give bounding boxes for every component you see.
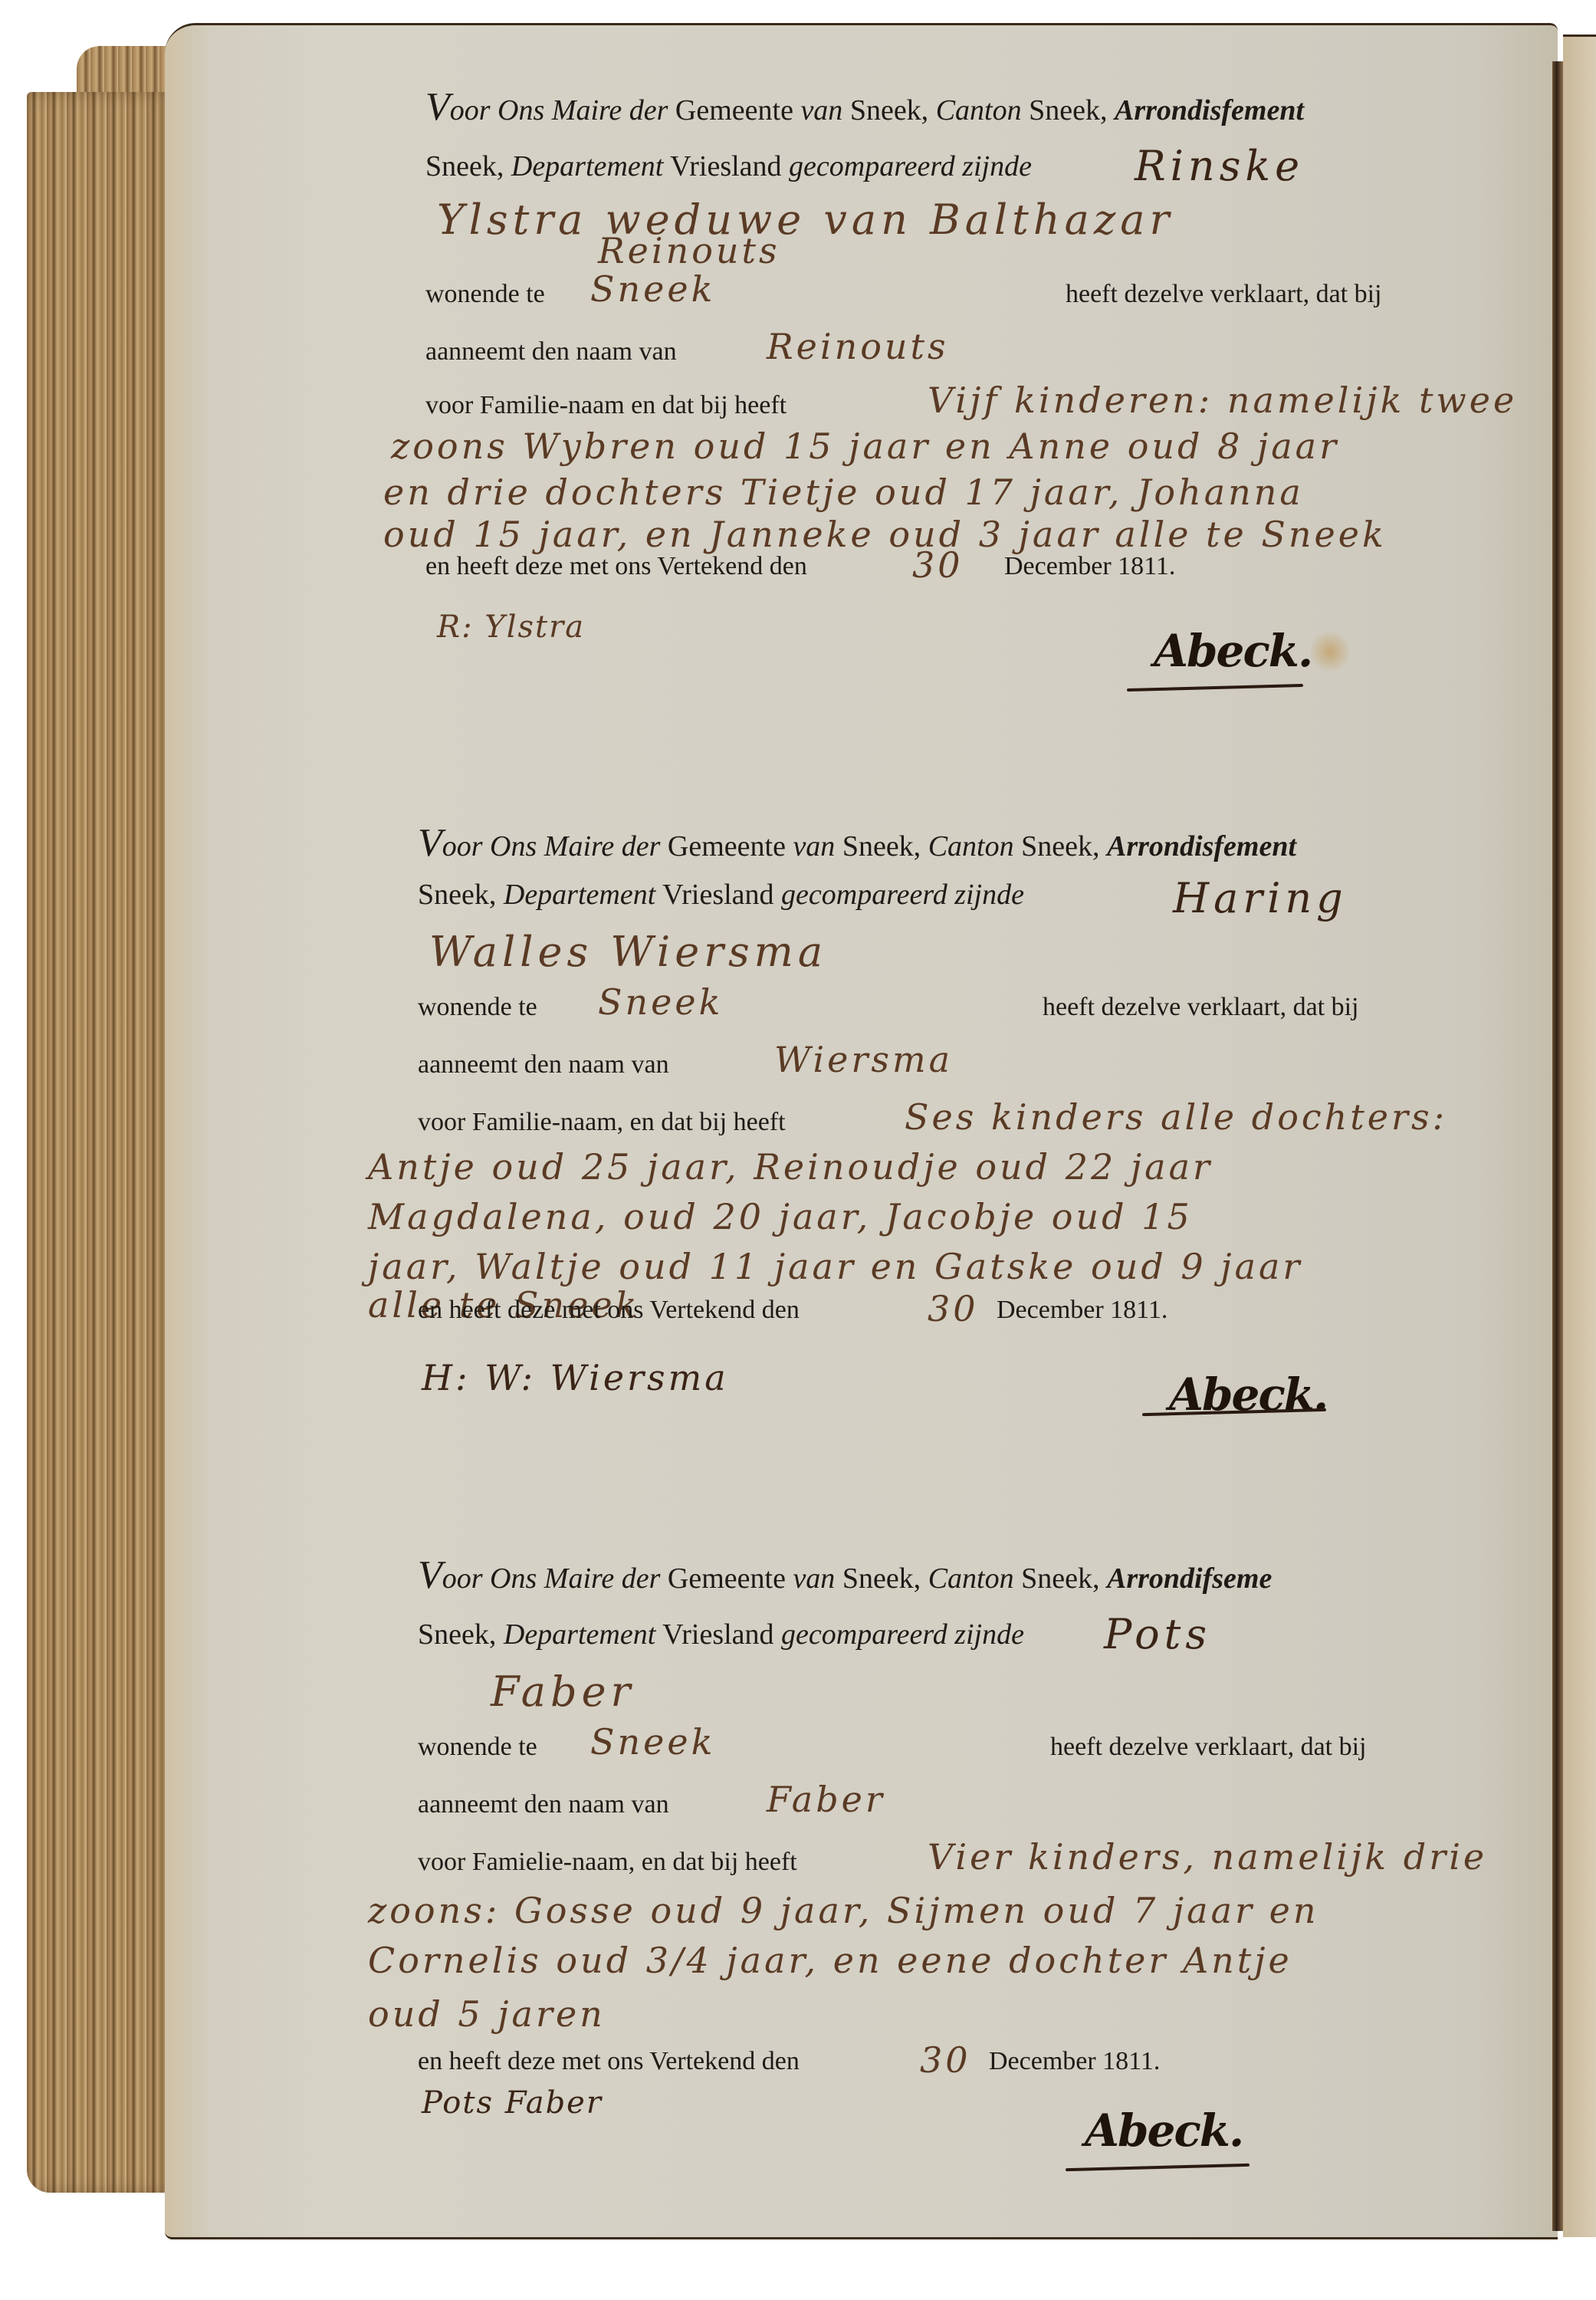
printed-line-1: Voor Ons Maire der Gemeente van Sneek, C… bbox=[418, 1552, 1272, 1598]
foxing-stain bbox=[1311, 629, 1349, 675]
printed-line-1: Voor Ons Maire der Gemeente van Sneek, C… bbox=[425, 84, 1304, 130]
handwritten-adopted-name: Reinouts bbox=[767, 326, 949, 367]
handwritten-children-1: Ses kinders alle dochters: bbox=[905, 1096, 1447, 1138]
handwritten-day: 30 bbox=[920, 2039, 971, 2081]
handwritten-name-line-1: Pots bbox=[1104, 1610, 1211, 1658]
printed-line-3a: wonende te bbox=[425, 280, 545, 309]
printed-line-6a: en heeft deze met ons Vertekend den bbox=[425, 552, 807, 581]
handwritten-name-line-1: Rinske bbox=[1135, 142, 1304, 190]
handwritten-name-line-3: Reinouts bbox=[598, 230, 780, 271]
printed-line-3b: heeft dezelve verklaart, dat bij bbox=[1050, 1733, 1367, 1762]
handwritten-residence: Sneek bbox=[590, 1721, 715, 1763]
book-gutter bbox=[1552, 61, 1563, 2231]
printed-line-5: voor Famielie-naam, en dat bij heeft bbox=[418, 1848, 797, 1877]
printed-line-3a: wonende te bbox=[418, 1733, 537, 1762]
declarant-signature: R: Ylstra bbox=[437, 609, 585, 645]
handwritten-name-line-2: Ylstra weduwe van Balthazar bbox=[437, 195, 1174, 244]
handwritten-children-4: oud 5 jaren bbox=[368, 1993, 606, 2035]
handwritten-children-1: Vier kinders, namelijk drie bbox=[928, 1836, 1487, 1878]
handwritten-children-1: Vijf kinderen: namelijk twee bbox=[928, 379, 1517, 421]
printed-line-4: aanneemt den naam van bbox=[425, 337, 677, 366]
handwritten-residence: Sneek bbox=[590, 268, 715, 310]
handwritten-name-line-1: Haring bbox=[1173, 874, 1348, 922]
printed-line-3b: heeft dezelve verklaart, dat bij bbox=[1066, 280, 1382, 309]
page-block-edges bbox=[27, 92, 172, 2193]
handwritten-children-2: zoons Wybren oud 15 jaar en Anne oud 8 j… bbox=[391, 426, 1339, 467]
mayor-signature: Abeck. bbox=[1154, 625, 1312, 677]
printed-line-2: Sneek, Departement Vriesland gecompareer… bbox=[425, 149, 1032, 183]
mayor-signature: Abeck. bbox=[1085, 2104, 1243, 2157]
declarant-signature: H: W: Wiersma bbox=[422, 1357, 729, 1398]
handwritten-residence: Sneek bbox=[598, 981, 723, 1023]
handwritten-name-line-2: Walles Wiersma bbox=[429, 928, 827, 976]
printed-line-6a: en heeft deze met ons Vertekend den bbox=[418, 2047, 800, 2076]
handwritten-children-3: Magdalena, oud 20 jaar, Jacobje oud 15 bbox=[368, 1196, 1193, 1237]
printed-line-5: voor Familie-naam en dat bij heeft bbox=[425, 391, 787, 420]
printed-line-3a: wonende te bbox=[418, 993, 537, 1022]
printed-line-6b: December 1811. bbox=[989, 2047, 1160, 2076]
handwritten-adopted-name: Faber bbox=[767, 1779, 885, 1820]
declarant-signature: Pots Faber bbox=[422, 2085, 603, 2121]
handwritten-adopted-name: Wiersma bbox=[774, 1039, 953, 1080]
printed-line-2: Sneek, Departement Vriesland gecompareer… bbox=[418, 1618, 1024, 1651]
handwritten-day: 30 bbox=[928, 1288, 979, 1329]
printed-line-5: voor Familie-naam, en dat bij heeft bbox=[418, 1108, 786, 1137]
facing-page-edge bbox=[1563, 34, 1596, 2237]
printed-line-2: Sneek, Departement Vriesland gecompareer… bbox=[418, 878, 1024, 912]
printed-line-6a: en heeft deze met ons Vertekend den bbox=[418, 1296, 800, 1325]
printed-line-4: aanneemt den naam van bbox=[418, 1050, 669, 1079]
handwritten-children-2: zoons: Gosse oud 9 jaar, Sijmen oud 7 ja… bbox=[368, 1890, 1319, 1931]
handwritten-children-4: oud 15 jaar, en Janneke oud 3 jaar alle … bbox=[383, 514, 1387, 555]
handwritten-children-4: jaar, Waltje oud 11 jaar en Gatske oud 9… bbox=[368, 1246, 1302, 1287]
handwritten-name-line-2: Faber bbox=[491, 1667, 635, 1716]
printed-line-6b: December 1811. bbox=[1004, 552, 1175, 581]
handwritten-children-3: en drie dochters Tietje oud 17 jaar, Joh… bbox=[383, 472, 1304, 513]
handwritten-day: 30 bbox=[912, 544, 964, 586]
handwritten-children-3: Cornelis oud 3/4 jaar, en eene dochter A… bbox=[368, 1940, 1292, 1981]
handwritten-children-2: Antje oud 25 jaar, Reinoudje oud 22 jaar bbox=[368, 1146, 1213, 1188]
printed-line-1: Voor Ons Maire der Gemeente van Sneek, C… bbox=[418, 820, 1296, 866]
printed-line-3b: heeft dezelve verklaart, dat bij bbox=[1043, 993, 1359, 1022]
printed-line-6b: December 1811. bbox=[997, 1296, 1167, 1325]
printed-line-4: aanneemt den naam van bbox=[418, 1790, 669, 1819]
